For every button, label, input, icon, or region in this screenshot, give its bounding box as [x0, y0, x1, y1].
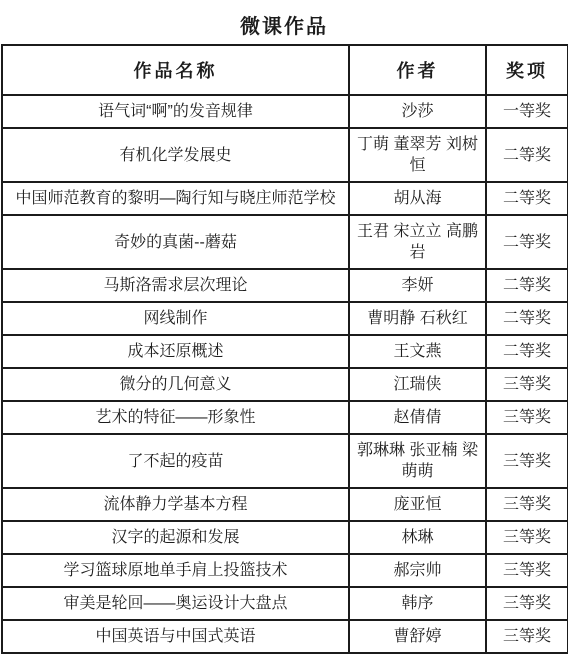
work-name-cell: 语气词“啊”的发音规律 [2, 95, 349, 128]
work-name-cell: 中国英语与中国式英语 [2, 620, 349, 653]
work-name-cell: 中国师范教育的黎明—陶行知与晓庄师范学校 [2, 182, 349, 215]
table-row: 学习篮球原地单手肩上投篮技术 郝宗帅 三等奖 [2, 554, 568, 587]
work-name-cell: 学习篮球原地单手肩上投篮技术 [2, 554, 349, 587]
award-cell: 三等奖 [486, 434, 568, 488]
table-row: 流体静力学基本方程 庞亚恒 三等奖 [2, 488, 568, 521]
work-name-cell: 马斯洛需求层次理论 [2, 269, 349, 302]
table-row: 语气词“啊”的发音规律 沙莎 一等奖 [2, 95, 568, 128]
author-cell: 江瑞侠 [349, 368, 486, 401]
author-cell: 郭琳琳 张亚楠 梁萌萌 [349, 434, 486, 488]
award-cell: 三等奖 [486, 587, 568, 620]
table-row: 中国师范教育的黎明—陶行知与晓庄师范学校 胡从海 二等奖 [2, 182, 568, 215]
table-row: 中国英语与中国式英语 曹舒婷 三等奖 [2, 620, 568, 653]
award-cell: 二等奖 [486, 302, 568, 335]
table-row: 成本还原概述 王文燕 二等奖 [2, 335, 568, 368]
award-cell: 三等奖 [486, 620, 568, 653]
page-title: 微课作品 [0, 0, 568, 44]
author-cell: 胡从海 [349, 182, 486, 215]
award-cell: 二等奖 [486, 335, 568, 368]
author-cell: 赵倩倩 [349, 401, 486, 434]
author-cell: 王君 宋立立 高鹏岩 [349, 215, 486, 269]
table-body: 语气词“啊”的发音规律 沙莎 一等奖 有机化学发展史 丁萌 董翠芳 刘树恒 二等… [2, 95, 568, 653]
work-name-cell: 艺术的特征——形象性 [2, 401, 349, 434]
award-cell: 三等奖 [486, 401, 568, 434]
award-cell: 二等奖 [486, 182, 568, 215]
header-row: 作品名称 作者 奖项 [2, 45, 568, 95]
table-row: 有机化学发展史 丁萌 董翠芳 刘树恒 二等奖 [2, 128, 568, 182]
table-row: 了不起的疫苗 郭琳琳 张亚楠 梁萌萌 三等奖 [2, 434, 568, 488]
work-name-cell: 成本还原概述 [2, 335, 349, 368]
work-name-cell: 微分的几何意义 [2, 368, 349, 401]
table-row: 网线制作 曹明静 石秋红 二等奖 [2, 302, 568, 335]
award-cell: 三等奖 [486, 488, 568, 521]
award-cell: 三等奖 [486, 554, 568, 587]
work-name-cell: 审美是轮回——奥运设计大盘点 [2, 587, 349, 620]
awards-table: 作品名称 作者 奖项 语气词“啊”的发音规律 沙莎 一等奖 有机化学发展史 丁萌… [1, 44, 568, 654]
table-row: 艺术的特征——形象性 赵倩倩 三等奖 [2, 401, 568, 434]
award-cell: 三等奖 [486, 368, 568, 401]
table-row: 审美是轮回——奥运设计大盘点 韩序 三等奖 [2, 587, 568, 620]
table-row: 奇妙的真菌--蘑菇 王君 宋立立 高鹏岩 二等奖 [2, 215, 568, 269]
work-name-cell: 有机化学发展史 [2, 128, 349, 182]
table-row: 汉字的起源和发展 林琳 三等奖 [2, 521, 568, 554]
author-cell: 曹舒婷 [349, 620, 486, 653]
award-cell: 二等奖 [486, 269, 568, 302]
work-name-cell: 了不起的疫苗 [2, 434, 349, 488]
work-name-cell: 流体静力学基本方程 [2, 488, 349, 521]
column-header-author: 作者 [349, 45, 486, 95]
table-row: 微分的几何意义 江瑞侠 三等奖 [2, 368, 568, 401]
author-cell: 郝宗帅 [349, 554, 486, 587]
work-name-cell: 网线制作 [2, 302, 349, 335]
author-cell: 韩序 [349, 587, 486, 620]
award-cell: 一等奖 [486, 95, 568, 128]
author-cell: 林琳 [349, 521, 486, 554]
work-name-cell: 汉字的起源和发展 [2, 521, 349, 554]
author-cell: 庞亚恒 [349, 488, 486, 521]
author-cell: 沙莎 [349, 95, 486, 128]
author-cell: 王文燕 [349, 335, 486, 368]
award-cell: 二等奖 [486, 128, 568, 182]
column-header-award: 奖项 [486, 45, 568, 95]
column-header-work-name: 作品名称 [2, 45, 349, 95]
award-cell: 三等奖 [486, 521, 568, 554]
author-cell: 曹明静 石秋红 [349, 302, 486, 335]
document-page: 微课作品 作品名称 作者 奖项 语气词“啊”的发音规律 沙莎 一等奖 有机化学发… [0, 0, 568, 661]
table-row: 马斯洛需求层次理论 李妍 二等奖 [2, 269, 568, 302]
table-header: 作品名称 作者 奖项 [2, 45, 568, 95]
author-cell: 丁萌 董翠芳 刘树恒 [349, 128, 486, 182]
work-name-cell: 奇妙的真菌--蘑菇 [2, 215, 349, 269]
award-cell: 二等奖 [486, 215, 568, 269]
author-cell: 李妍 [349, 269, 486, 302]
